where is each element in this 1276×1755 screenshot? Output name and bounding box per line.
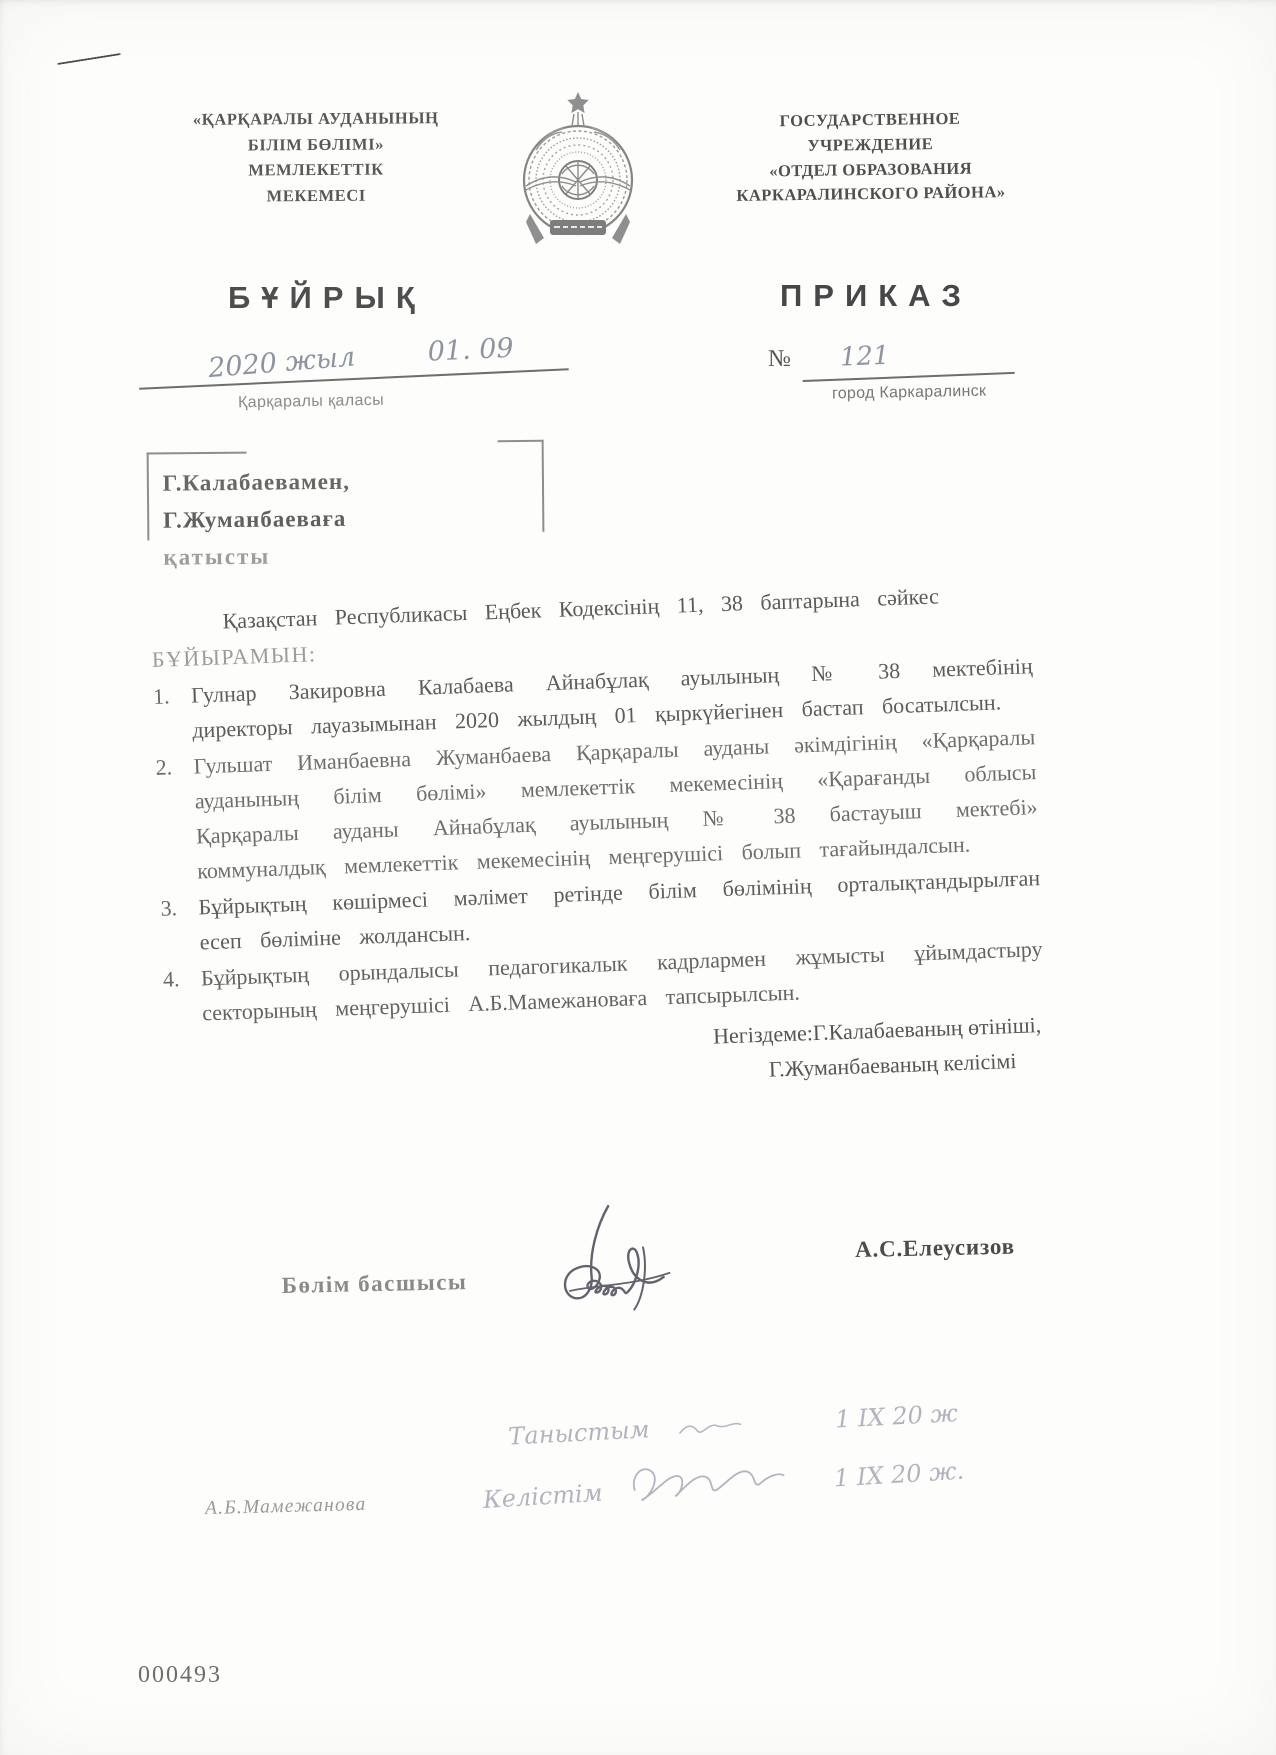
item-number: 2. bbox=[155, 749, 198, 890]
pencil-signature-icon bbox=[618, 1447, 791, 1505]
addressee-line-2: Г.Жуманбаеваға bbox=[163, 498, 493, 538]
pencil-note-2-date: 1 IX 20 ж. bbox=[833, 1457, 965, 1493]
pencil-note-2-word: Келістім bbox=[482, 1479, 603, 1514]
item-text: Гульшат Иманбаевна Жуманбаева Қарқаралы … bbox=[193, 719, 1039, 888]
item-number: 4. bbox=[162, 960, 202, 1031]
org-name-russian: ГОСУДАРСТВЕННОЕ УЧРЕЖДЕНИЕ «ОТДЕЛ ОБРАЗО… bbox=[692, 106, 1048, 210]
order-body: Қазақстан Республикасы Еңбек Кодексінің … bbox=[150, 575, 1047, 1107]
order-title-russian: ПРИКАЗ bbox=[780, 278, 972, 314]
item-number: 1. bbox=[153, 678, 193, 749]
place-name-kazakh: Қарқаралы қаласы bbox=[238, 392, 384, 413]
corner-mark-right bbox=[498, 440, 545, 532]
order-title-kazakh: БҰЙРЫҚ bbox=[228, 280, 426, 316]
signatory-name: А.С.Елеусизов bbox=[855, 1234, 1015, 1263]
signature-row: Бөлім басшысы А.С.Елеусизов bbox=[149, 1220, 1082, 1369]
signatory-position: Бөлім басшысы bbox=[281, 1269, 467, 1299]
handwritten-date-day: 01. 09 bbox=[427, 333, 514, 368]
addressee-line-3: қатысты bbox=[163, 535, 493, 575]
form-number: 000493 bbox=[138, 1662, 222, 1689]
pencil-initial-icon bbox=[675, 1412, 746, 1442]
org-name-kazakh: «ҚАРҚАРАЛЫ АУДАНЫНЫҢ БІЛІМ БӨЛІМІ» МЕМЛЕ… bbox=[146, 105, 487, 210]
kazakhstan-emblem-icon bbox=[506, 86, 650, 263]
handwritten-order-number: 121 bbox=[839, 341, 890, 373]
place-name-russian: город Каркаралинск bbox=[832, 383, 987, 404]
pen-mark-artifact bbox=[57, 53, 121, 65]
pencil-note-1-word: Таныстым bbox=[508, 1415, 651, 1450]
date-line: 2020 жыл 01. 09 bbox=[137, 328, 568, 389]
signature-ink-icon bbox=[546, 1190, 699, 1324]
emblem-star-icon bbox=[567, 92, 588, 113]
scanned-order-document: «ҚАРҚАРАЛЫ АУДАНЫНЫҢ БІЛІМ БӨЛІМІ» МЕМЛЕ… bbox=[0, 0, 1276, 1755]
handwritten-date-year: 2020 жыл bbox=[207, 341, 356, 384]
pencil-note-1-date: 1 IX 20 ж bbox=[835, 1399, 959, 1433]
item-number: 3. bbox=[160, 890, 200, 961]
order-number-line: 121 bbox=[801, 336, 1014, 382]
addressee-block: Г.Калабаевамен, Г.Жуманбаеваға қатысты bbox=[162, 461, 493, 575]
order-number-label: № bbox=[768, 346, 791, 373]
executor-name: А.Б.Мамежанова bbox=[205, 1494, 367, 1520]
order-items-list: 1. Гулнар Закировна Калабаева Айнабұлақ … bbox=[153, 648, 1045, 1031]
addressee-line-1: Г.Калабаевамен, bbox=[162, 461, 492, 501]
